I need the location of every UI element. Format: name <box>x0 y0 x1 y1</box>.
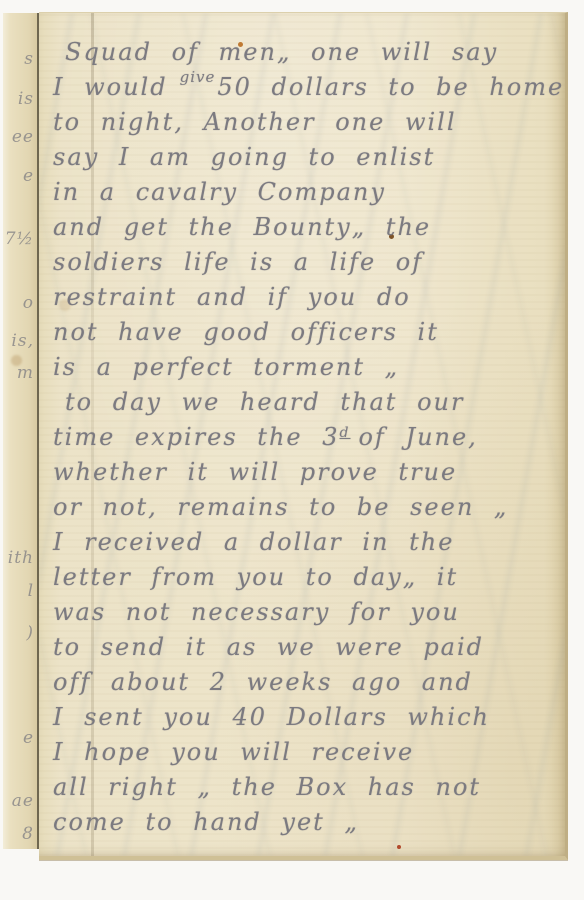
handwritten-line: Squad of men„ one will say <box>53 35 558 70</box>
handwritten-line: time expires the 3dof June, <box>53 420 558 455</box>
adjacent-page-edge: s is ee e 7½ o is, m ith l ) e ae 8 <box>3 13 39 849</box>
edge-fragment: e <box>23 166 34 186</box>
handwritten-line: to night, Another one will <box>53 105 558 140</box>
handwritten-line: come to hand yet „ <box>53 805 558 840</box>
handwritten-line: restraint and if you do <box>53 280 558 315</box>
superscript-ordinal: d <box>340 416 351 451</box>
edge-fragment: ae <box>12 791 34 811</box>
handwritten-line: soldiers life is a life of <box>53 245 558 280</box>
edge-fragment: 8 <box>22 824 34 844</box>
handwritten-line: not have good officers it <box>53 315 558 350</box>
handwritten-line: I wouldgive50 dollars to be home <box>53 70 558 105</box>
edge-fragment: l <box>28 581 34 601</box>
edge-fragment: is <box>18 89 34 109</box>
handwritten-line: off about 2 weeks ago and <box>53 665 558 700</box>
letter-scan: s is ee e 7½ o is, m ith l ) e ae 8 Squa… <box>0 0 584 900</box>
handwritten-line: say I am going to enlist <box>53 140 558 175</box>
handwritten-line: is a perfect torment „ <box>53 350 558 385</box>
edge-fragment: ee <box>12 127 34 147</box>
edge-fragment: s <box>24 49 34 69</box>
line-text: of June, <box>358 423 477 451</box>
handwriting-block: Squad of men„ one will say I wouldgive50… <box>53 35 558 840</box>
handwritten-line: or not, remains to be seen „ <box>53 490 558 525</box>
handwritten-line: in a cavalry Company <box>53 175 558 210</box>
letter-page: Squad of men„ one will say I wouldgive50… <box>39 12 568 860</box>
handwritten-line: to day we heard that our <box>53 385 558 420</box>
handwritten-line: letter from you to day„ it <box>53 560 558 595</box>
edge-fragment: m <box>17 363 34 383</box>
edge-fragment: is, <box>11 331 34 351</box>
edge-fragment: 7½ <box>5 229 34 249</box>
inserted-word-above-line: give <box>180 60 216 95</box>
handwritten-line: I hope you will receive <box>53 735 558 770</box>
line-text: 50 dollars to be home <box>217 73 564 101</box>
handwritten-line: and get the Bounty„ the <box>53 210 558 245</box>
foxing-spot <box>397 845 401 849</box>
handwritten-line: to send it as we were paid <box>53 630 558 665</box>
handwritten-line: was not necessary for you <box>53 595 558 630</box>
edge-fragment: o <box>23 293 34 313</box>
line-text: I would <box>53 73 168 101</box>
handwritten-line: all right „ the Box has not <box>53 770 558 805</box>
edge-fragment: e <box>23 728 34 748</box>
handwritten-line: I sent you 40 Dollars which <box>53 700 558 735</box>
handwritten-line: I received a dollar in the <box>53 525 558 560</box>
line-text: time expires the 3 <box>53 423 340 451</box>
handwritten-line: whether it will prove true <box>53 455 558 490</box>
edge-fragment: ) <box>26 623 34 643</box>
edge-fragment: ith <box>8 548 34 568</box>
